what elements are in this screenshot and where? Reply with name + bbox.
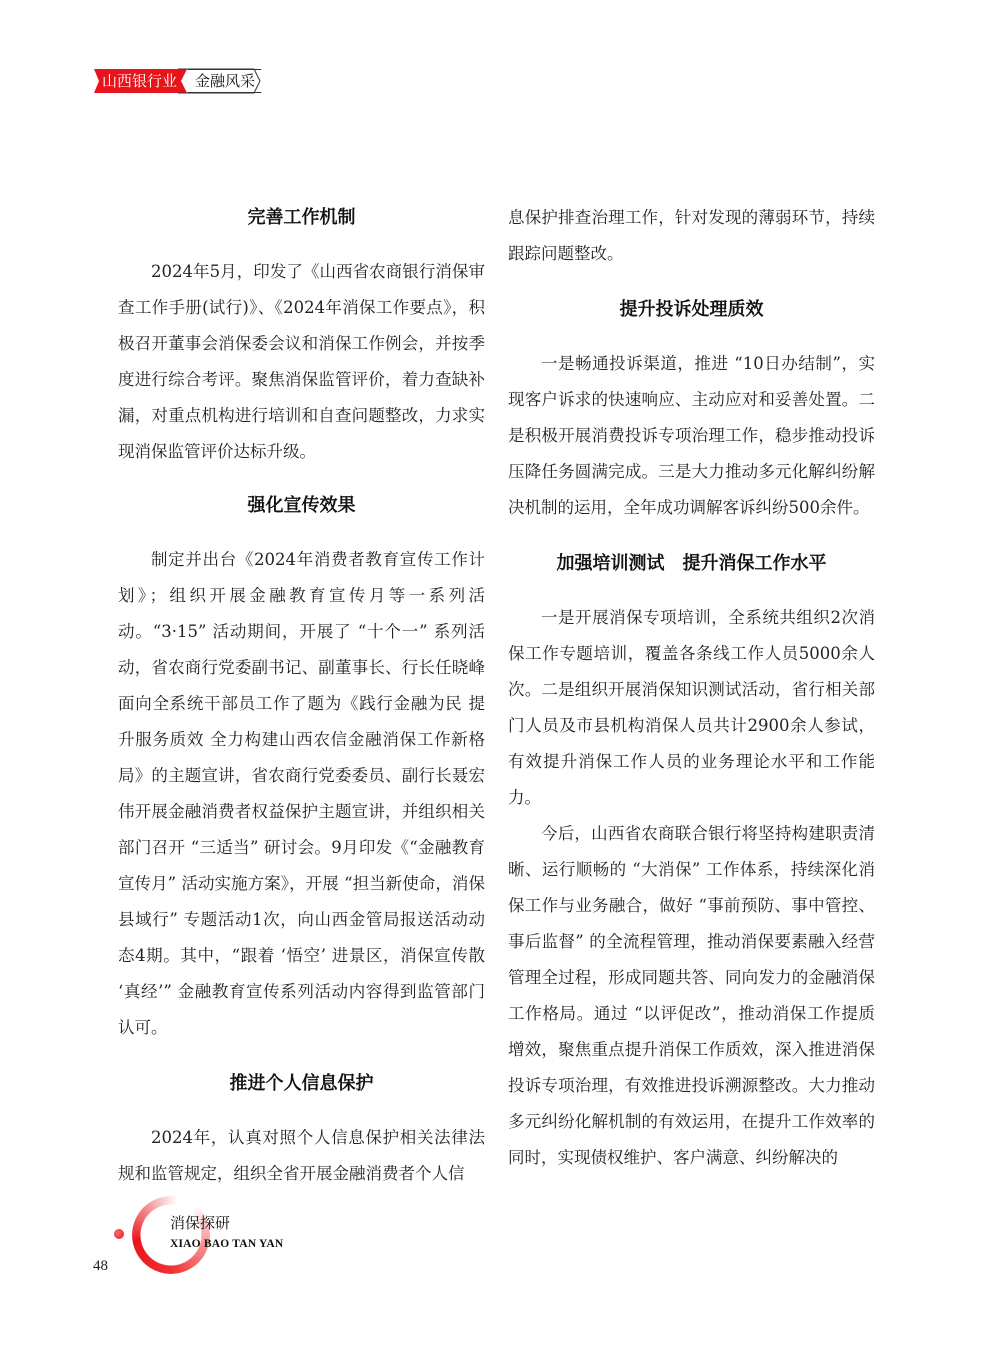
footer-column-title: 消保探研 xyxy=(170,1212,230,1233)
column-label-outline-icon xyxy=(176,68,262,94)
section-heading: 加强培训测试 提升消保工作水平 xyxy=(508,546,875,582)
section-paragraph: 今后，山西省农商联合银行将坚持构建职责清晰、运行顺畅的 “大消保” 工作体系，持… xyxy=(508,816,875,1176)
section-paragraph: 一是开展消保专项培训，全系统共组织2次消保工作专题培训，覆盖各条线工作人员500… xyxy=(508,600,875,816)
right-column: 息保护排查治理工作，针对发现的薄弱环节，持续跟踪问题整改。 提升投诉处理质效 一… xyxy=(508,200,875,1176)
continued-paragraph: 息保护排查治理工作，针对发现的薄弱环节，持续跟踪问题整改。 xyxy=(508,200,875,272)
left-column: 完善工作机制 2024年5月，印发了《山西省农商银行消保审查工作手册(试行)》、… xyxy=(118,200,485,1192)
section-paragraph: 制定并出台《2024年消费者教育宣传工作计划》；组织开展金融教育宣传月等一系列活… xyxy=(118,542,485,1046)
page-number: 48 xyxy=(93,1258,108,1275)
section-label: 山西银行业 xyxy=(94,69,187,93)
section-heading: 完善工作机制 xyxy=(118,200,485,236)
section-paragraph: 2024年5月，印发了《山西省农商银行消保审查工作手册(试行)》、《2024年消… xyxy=(118,254,485,470)
footer-ring-icon xyxy=(132,1196,210,1274)
section-paragraph: 2024年，认真对照个人信息保护相关法律法规和监管规定，组织全省开展金融消费者个… xyxy=(118,1120,485,1192)
footer-dot-icon xyxy=(114,1229,124,1239)
footer-column-subtitle: XIAO BAO TAN YAN xyxy=(170,1238,283,1250)
section-paragraph: 一是畅通投诉渠道，推进 “10日办结制”，实现客户诉求的快速响应、主动应对和妥善… xyxy=(508,346,875,526)
section-heading: 提升投诉处理质效 xyxy=(508,292,875,328)
section-heading: 强化宣传效果 xyxy=(118,488,485,524)
section-heading: 推进个人信息保护 xyxy=(118,1066,485,1102)
